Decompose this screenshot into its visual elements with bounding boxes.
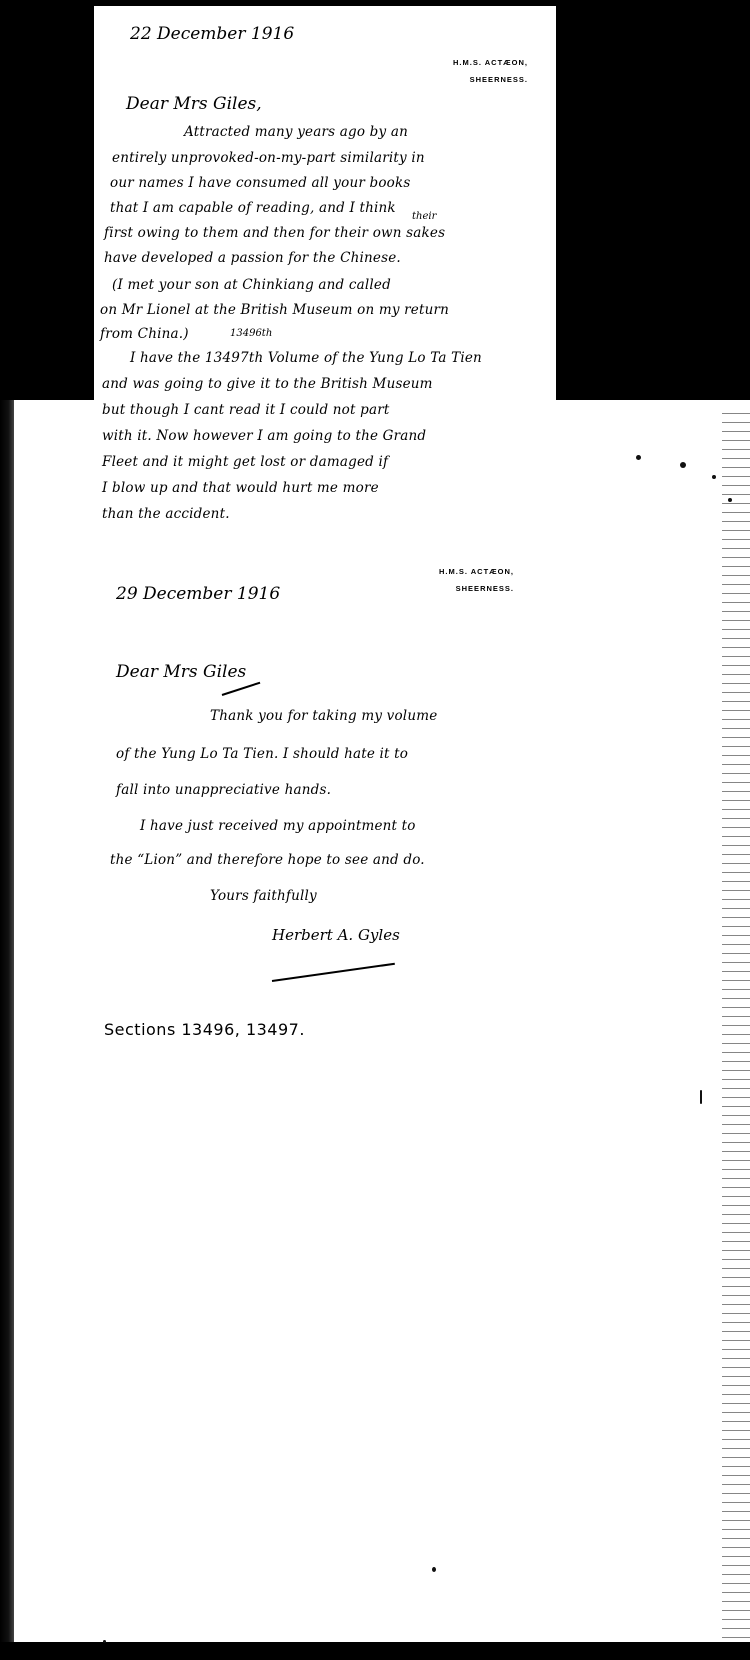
letter-line: (I met your son at Chinkiang and called [112, 277, 391, 293]
letter-line: from China.) [100, 326, 189, 342]
letter-line: I have the 13497th Volume of the Yung Lo… [130, 350, 482, 366]
letter-line: I have just received my appointment to [140, 818, 416, 834]
letterhead-port: SHEERNESS. [453, 71, 528, 88]
letter-line: than the accident. [102, 506, 230, 522]
paper-speck [103, 1640, 106, 1643]
letter-line: and was going to give it to the British … [102, 376, 433, 392]
letter-line: first owing to them and then for their o… [104, 225, 445, 241]
letter-line: that I am capable of reading, and I thin… [110, 200, 396, 216]
letter-22-december: 22 December 1916 H.M.S. ACTÆON, SHEERNES… [94, 6, 556, 546]
letterhead: H.M.S. ACTÆON, SHEERNESS. [453, 54, 528, 88]
letter-line: fall into unappreciative hands. [116, 782, 331, 798]
paper-speck [700, 1090, 702, 1104]
letter-line: entirely unprovoked-on-my-part similarit… [112, 150, 425, 166]
letter-line: Fleet and it might get lost or damaged i… [102, 454, 388, 470]
letter-line: on Mr Lionel at the British Museum on my… [100, 302, 449, 318]
letter-line: our names I have consumed all your books [110, 175, 411, 191]
letter-line: I blow up and that would hurt me more [102, 480, 379, 496]
signature-flourish [272, 963, 395, 982]
salutation: Dear Mrs Giles [116, 662, 246, 682]
paper-speck [680, 462, 686, 468]
signature: Herbert A. Gyles [272, 926, 400, 944]
letter-date: 29 December 1916 [116, 584, 280, 604]
archive-annotation: Sections 13496, 13497. [104, 1020, 305, 1039]
salutation: Dear Mrs Giles, [126, 94, 262, 114]
letter-line: have developed a passion for the Chinese… [104, 250, 401, 266]
letter-line: the “Lion” and therefore hope to see and… [110, 852, 425, 868]
letter-line: with it. Now however I am going to the G… [102, 428, 426, 444]
paper-speck [712, 475, 716, 479]
paper-speck [636, 455, 641, 460]
backing-sheet-right-edge-wear [722, 410, 750, 1660]
letter-line: Attracted many years ago by an [184, 124, 408, 140]
letterhead-ship: H.M.S. ACTÆON, [453, 54, 528, 71]
paper-speck [432, 1567, 436, 1572]
letterhead-ship: H.M.S. ACTÆON, [439, 563, 514, 580]
paper-speck [728, 498, 732, 502]
letter-line: but though I cant read it I could not pa… [102, 402, 390, 418]
letter-line: Thank you for taking my volume [210, 708, 437, 724]
letter-line: of the Yung Lo Ta Tien. I should hate it… [116, 746, 408, 762]
scan-bottom-border [0, 1642, 750, 1660]
letterhead-port: SHEERNESS. [439, 580, 514, 597]
letter-date: 22 December 1916 [130, 24, 294, 44]
letterhead: H.M.S. ACTÆON, SHEERNESS. [439, 563, 514, 597]
salutation-underline [222, 682, 261, 696]
interlinear-insert: their [412, 211, 436, 222]
volume-correction-insert: 13496th [230, 328, 272, 339]
letter-29-december: H.M.S. ACTÆON, SHEERNESS. 29 December 19… [92, 548, 540, 1020]
backing-sheet-left-edge [0, 400, 14, 1660]
closing: Yours faithfully [210, 888, 317, 904]
